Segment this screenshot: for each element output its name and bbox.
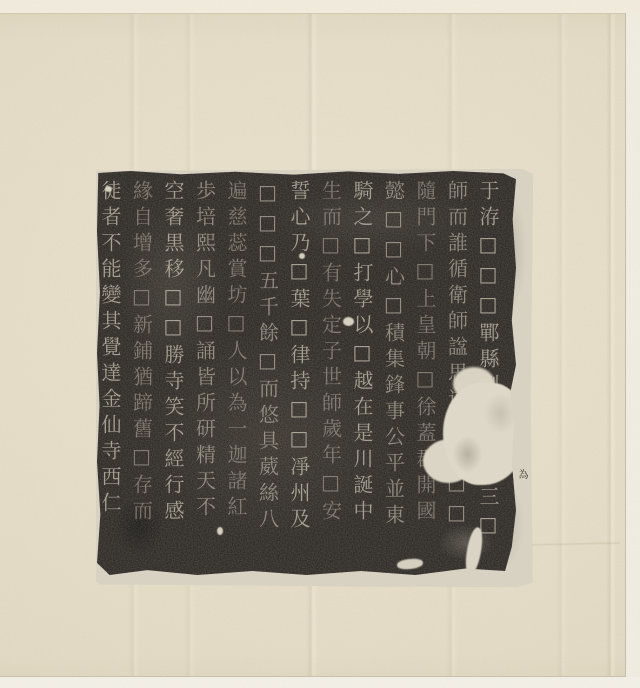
mount-paper: 于洊□□□鄲縣劉帶□□三□師而誰循衛師諡思道□恒□□隨門下□上皇朝□徐蓋郡開國懿…: [0, 0, 640, 688]
rubbing-text-column: 懿□□心□積集鋒事公平並東: [377, 180, 409, 559]
rubbing-text-column: 誓心乃□葉□律持□□凈州及: [283, 180, 315, 559]
damage-speck: [217, 527, 223, 535]
damage-speck: [105, 186, 112, 192]
rubbing-text-column: 騎之□打學以□越在是川誕中: [346, 180, 378, 559]
damage-speck: [343, 317, 354, 326]
rubbing-text-column: 緣自增多□新鋪猶蹄舊□存而: [125, 180, 157, 559]
fold-crease: [606, 13, 616, 677]
rubbing-sheet: 于洊□□□鄲縣劉帶□□三□師而誰循衛師諡思道□恒□□隨門下□上皇朝□徐蓋郡開國懿…: [96, 169, 533, 587]
rubbing-text-column: 遍慈蕊賞坊□人以為一迦諸紅: [220, 180, 252, 559]
damage-patch-large: [443, 383, 525, 485]
damage-speck: [397, 558, 424, 571]
rubbing-text-column: 隨門下□上皇朝□徐蓋郡開國: [409, 180, 441, 559]
margin-annotation: 為: [514, 469, 529, 481]
mount-bottom-edge: [0, 676, 640, 688]
damage-speck: [299, 253, 305, 259]
mount-top-edge: [0, 0, 640, 14]
rubbing-text-column: 歩培熙凡幽□誦皆所研精天不: [188, 180, 220, 559]
rubbing-text-column: 生而□有失定子世師歲年□安: [314, 180, 346, 559]
rubbing-text: 于洊□□□鄲縣劉帶□□三□師而誰循衛師諡思道□恒□□隨門下□上皇朝□徐蓋郡開國懿…: [105, 180, 503, 559]
mount-right-edge: [625, 13, 640, 677]
rubbing-text-column: □□□五千餘□而悠具葳絲八: [251, 180, 283, 559]
fold-crease: [556, 13, 568, 677]
rubbing-text-column: 空奢黒移□□勝寺笑不經行感: [157, 180, 189, 559]
rubbing-ink-field: 于洊□□□鄲縣劉帶□□三□師而誰循衛師諡思道□恒□□隨門下□上皇朝□徐蓋郡開國懿…: [97, 171, 516, 575]
rubbing-text-column: 徒者不能變其覺達金仙寺西仁: [94, 180, 126, 559]
